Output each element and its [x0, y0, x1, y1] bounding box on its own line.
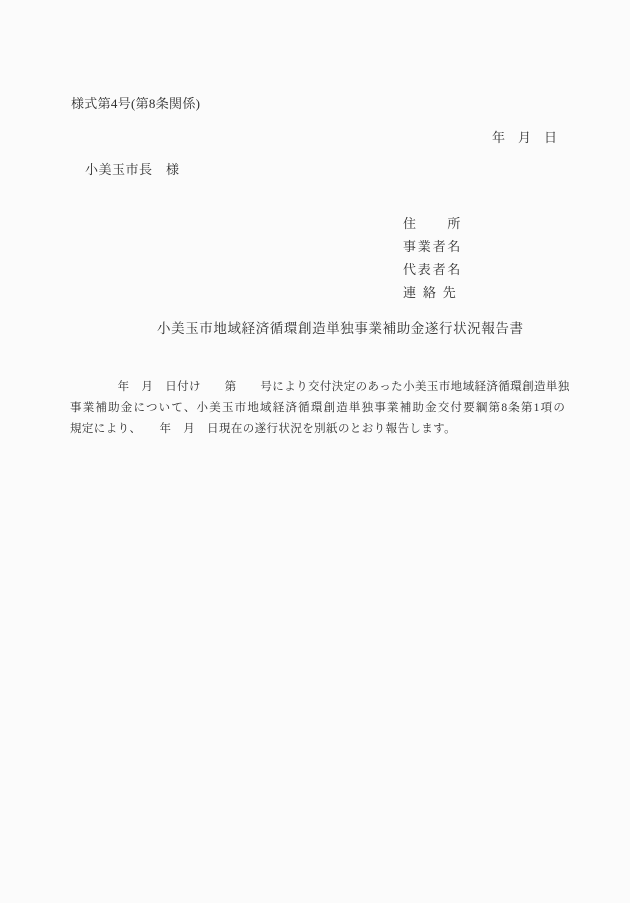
body-line-2: 事業補助金について、小美玉市地域経済循環創造単独事業補助金交付要綱第8条第1項の	[70, 398, 580, 419]
sender-address-label: 住 所	[403, 217, 462, 240]
body-line-1: 年 月 日付け 第 号により交付決定のあった小美玉市地域経済循環創造単独	[70, 377, 580, 398]
sender-contact-label: 連 絡 先	[403, 286, 462, 309]
addressee-mayor: 小美玉市長 様	[85, 163, 180, 176]
sender-representative-label: 代表者名	[403, 263, 462, 286]
sender-info-block: 住 所 事業者名 代表者名 連 絡 先	[403, 217, 462, 309]
date-blank-line: 年 月 日	[492, 131, 557, 144]
form-number: 様式第4号(第8条関係)	[71, 97, 200, 110]
report-form-page: 様式第4号(第8条関係) 年 月 日 小美玉市長 様 住 所 事業者名 代表者名…	[0, 0, 630, 903]
body-paragraph: 年 月 日付け 第 号により交付決定のあった小美玉市地域経済循環創造単独 事業補…	[70, 377, 580, 440]
body-line-3: 規定により、 年 月 日現在の遂行状況を別紙のとおり報告します。	[70, 419, 580, 440]
sender-business-name-label: 事業者名	[403, 240, 462, 263]
document-title: 小美玉市地域経済循環創造単独事業補助金遂行状況報告書	[157, 322, 524, 336]
